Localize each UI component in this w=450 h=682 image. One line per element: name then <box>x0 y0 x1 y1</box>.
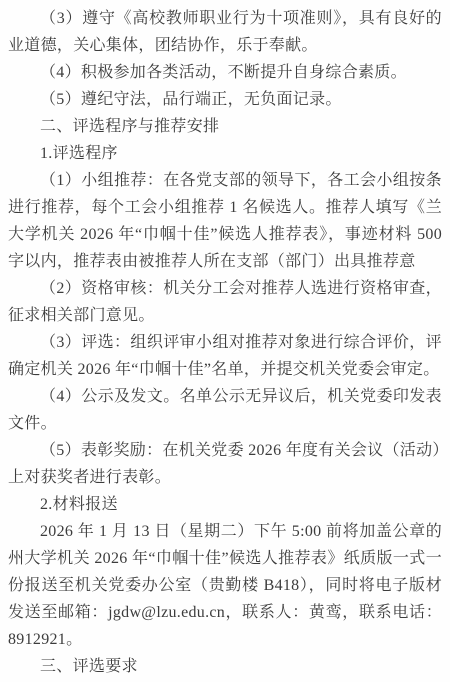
text-line: 确定机关 2026 年“巾帼十佳”名单，并提交机关党委会审定。 <box>8 356 442 383</box>
text-line: 份报送至机关党委办公室（贵勤楼 B418），同时将电子版材料 <box>8 572 442 599</box>
text-line: （3）评选：组织评审小组对推荐对象进行综合评价，评选 <box>8 329 442 356</box>
text-line: 征求相关部门意见。 <box>8 302 442 329</box>
text-line: 发送至邮箱：jgdw@lzu.edu.cn，联系人：黄鸾，联系电话： <box>8 599 442 626</box>
text-line: （4）公示及发文。名单公示无异议后，机关党委印发表彰 <box>8 383 442 410</box>
section-heading: 1.评选程序 <box>8 140 442 167</box>
text-line: 进行推荐，每个工会小组推荐 1 名候选人。推荐人填写《兰州 <box>8 194 442 221</box>
text-line: 大学机关 2026 年“巾帼十佳”候选人推荐表》，事迹材料 500 <box>8 221 442 248</box>
text-line: 州大学机关 2026 年“巾帼十佳”候选人推荐表》纸质版一式一 <box>8 545 442 572</box>
text-line: 上对获奖者进行表彰。 <box>8 464 442 491</box>
section-heading: 二、评选程序与推荐安排 <box>8 113 442 140</box>
text-line: （4）积极参加各类活动，不断提升自身综合素质。 <box>8 59 442 86</box>
text-line: 2026 年 1 月 13 日（星期二）下午 5:00 前将加盖公章的《兰 <box>8 518 442 545</box>
text-line: （5）遵纪守法，品行端正，无负面记录。 <box>8 86 442 113</box>
text-line: 业道德，关心集体，团结协作，乐于奉献。 <box>8 32 442 59</box>
text-line: 8912921。 <box>8 626 442 653</box>
text-line: （5）表彰奖励：在机关党委 2026 年度有关会议（活动） <box>8 437 442 464</box>
text-line: 文件。 <box>8 410 442 437</box>
section-heading: 2.材料报送 <box>8 491 442 518</box>
section-heading: 三、评选要求 <box>8 653 442 680</box>
text-line: （2）资格审核：机关分工会对推荐人选进行资格审查，并 <box>8 275 442 302</box>
document-body: （3）遵守《高校教师职业行为十项准则》，具有良好的职业道德，关心集体，团结协作，… <box>8 5 442 680</box>
document-page: （3）遵守《高校教师职业行为十项准则》，具有良好的职业道德，关心集体，团结协作，… <box>0 0 450 682</box>
text-line: （3）遵守《高校教师职业行为十项准则》，具有良好的职 <box>8 5 442 32</box>
text-line: 字以内，推荐表由被推荐人所在支部（部门）出具推荐意见。 <box>8 248 442 275</box>
text-line: （1）小组推荐：在各党支部的领导下，各工会小组按条件 <box>8 167 442 194</box>
